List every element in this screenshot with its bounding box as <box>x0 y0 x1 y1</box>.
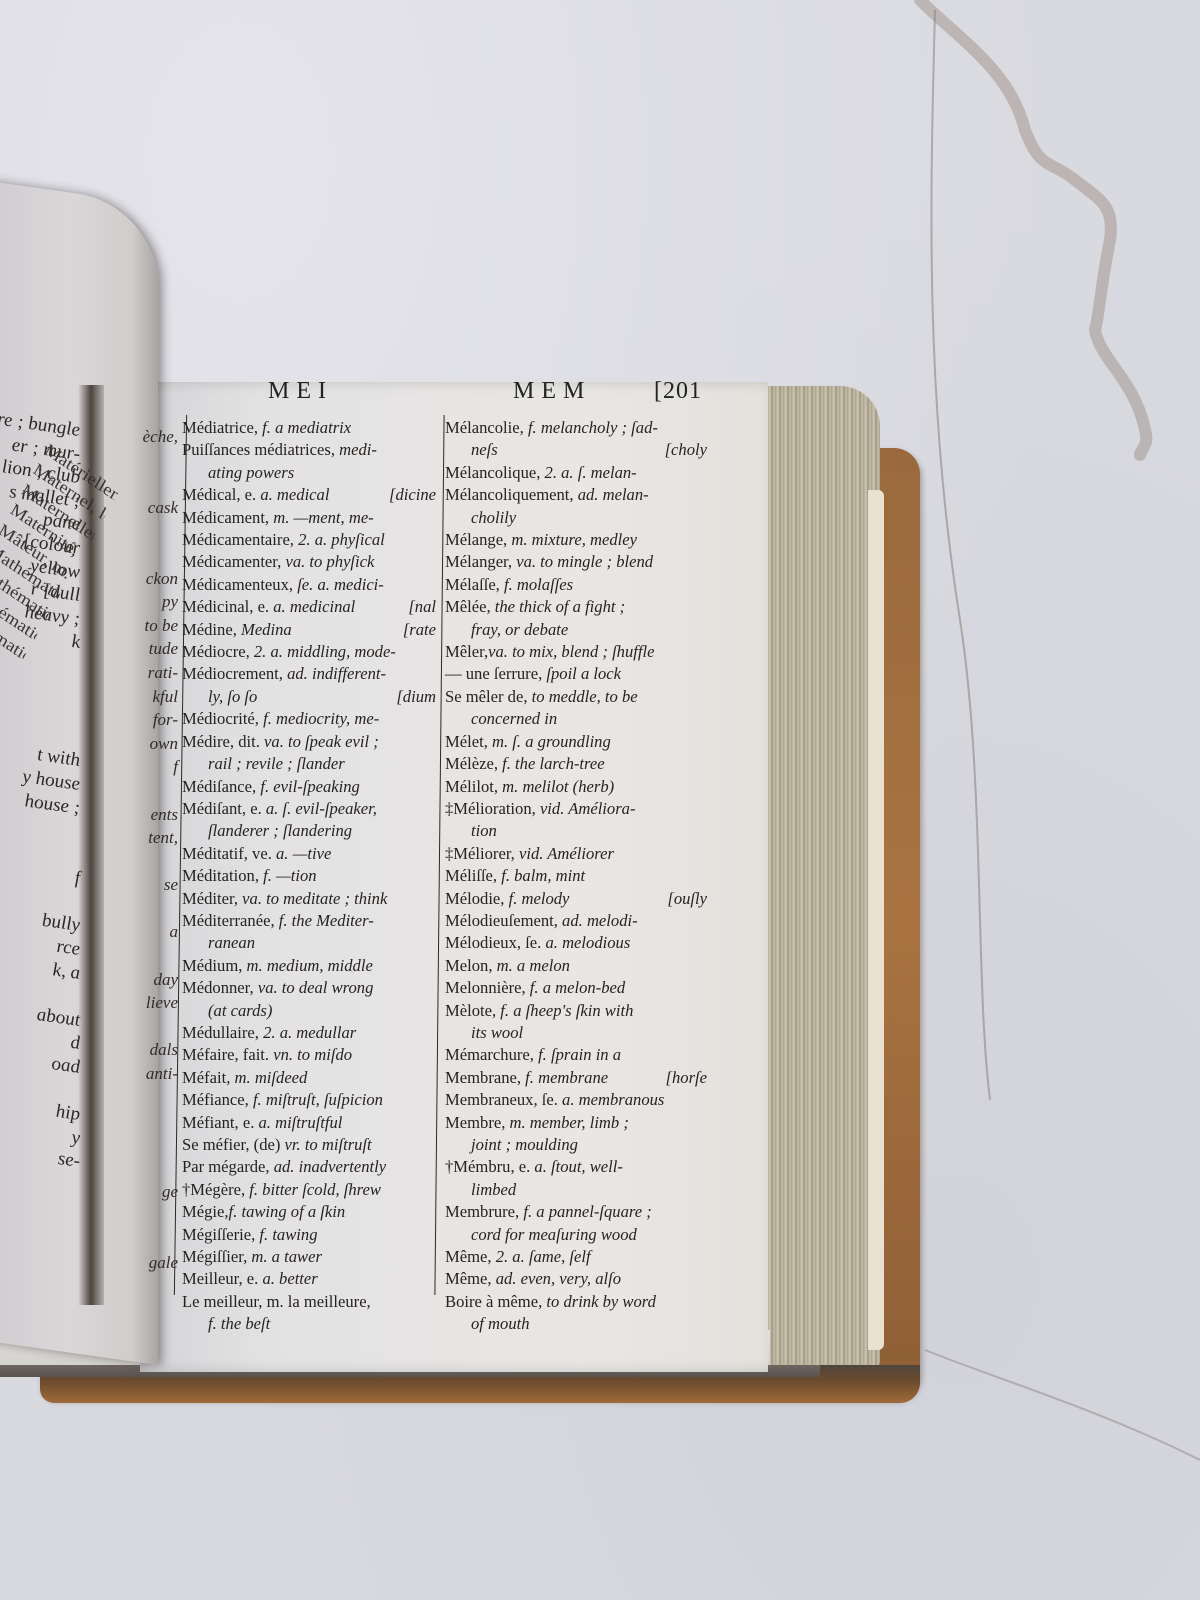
gloss: (at cards) <box>208 1001 272 1020</box>
gutter-fragment: day <box>108 968 178 992</box>
gloss: concerned in <box>471 709 557 728</box>
headword: Puiſſances médiatrices, <box>182 440 335 459</box>
headword: Même, <box>445 1247 492 1266</box>
gloss: f. mediocrity, me- <box>259 709 379 728</box>
headword: Mélange, <box>445 530 507 549</box>
gloss: vn. to miſdo <box>269 1045 352 1064</box>
dictionary-entry: Mélancolique, 2. a. ſ. melan- <box>445 462 707 484</box>
dictionary-entry: Membre, m. member, limb ; <box>445 1112 707 1134</box>
gutter-fragment: cask <box>108 496 178 520</box>
gloss: va. to phyſick <box>281 552 374 571</box>
gutter-fragment <box>108 1227 178 1251</box>
gutter-fragment: own <box>108 732 178 756</box>
dictionary-entry: Méditer, va. to meditate ; think <box>182 888 436 910</box>
gutter-fragment: a <box>108 920 178 944</box>
gloss: f. melody <box>504 889 569 908</box>
dictionary-entry: Médullaire, 2. a. medullar <box>182 1022 436 1044</box>
headword: Mélancolique, <box>445 463 540 482</box>
dictionary-column-left: Médiatrice, f. a mediatrixPuiſſances méd… <box>182 417 436 1336</box>
headword: Se méfier, (de) <box>182 1135 280 1154</box>
gloss: to meddle, to be <box>527 687 637 706</box>
gloss: ad. even, very, alſo <box>492 1269 621 1288</box>
gutter-fragment <box>108 1156 178 1180</box>
gloss: m. a melon <box>492 956 569 975</box>
dictionary-entry: ‡Méliorer, vid. Améliorer <box>445 843 707 865</box>
dictionary-entry: Méliſſe, f. balm, mint <box>445 865 707 887</box>
headword: Par mégarde, <box>182 1157 270 1176</box>
page-number: [201 <box>654 378 702 405</box>
dictionary-entry: Mégiſſerie, f. tawing <box>182 1224 436 1246</box>
headword: Mémarchure, <box>445 1045 534 1064</box>
gloss: m. mixture, medley <box>507 530 637 549</box>
gloss: f. ſprain in a <box>534 1045 621 1064</box>
gloss: tion <box>471 821 497 840</box>
gloss: 2. a. phyſical <box>294 530 385 549</box>
gutter-fragment <box>108 779 178 803</box>
gloss: the thick of a fight ; <box>491 597 626 616</box>
dictionary-entry: Médium, m. medium, middle <box>182 955 436 977</box>
gloss: f. tawing of a ſkin <box>229 1202 346 1221</box>
gutter-fragment: tent, <box>108 826 178 850</box>
dictionary-entry: Mélodieuſement, ad. melodi- <box>445 910 707 932</box>
overflow-bracket: [nal <box>408 596 436 618</box>
dictionary-entry: Melon, m. a melon <box>445 955 707 977</box>
gloss: f. a melon-bed <box>526 978 626 997</box>
dictionary-entry: Méditerranée, f. the Mediter- <box>182 910 436 932</box>
headword: Boire à même, <box>445 1292 542 1311</box>
gloss: a. ſ. evil-ſpeaker, <box>262 799 377 818</box>
entry-continuation: ly, ſo ſo[dium <box>182 686 436 708</box>
headword: Médonner, <box>182 978 254 997</box>
entry-continuation: limbed <box>445 1179 707 1201</box>
page-block-edge <box>760 386 880 1371</box>
running-head-left: MEI <box>268 378 333 405</box>
entry-continuation: cord for meaſuring wood <box>445 1224 707 1246</box>
entry-continuation: f. the beſt <box>182 1313 436 1335</box>
gutter-fragment: kful <box>108 685 178 709</box>
headword: Meilleur, e. <box>182 1269 258 1288</box>
gloss: f. the beſt <box>208 1314 270 1333</box>
dictionary-entry: Même, 2. a. ſame, ſelf <box>445 1246 707 1268</box>
gloss: f. evil-ſpeaking <box>256 777 360 796</box>
gloss: f. balm, mint <box>497 866 585 885</box>
dictionary-entry: Médiſance, f. evil-ſpeaking <box>182 776 436 798</box>
dictionary-entry: ‡Mélioration, vid. Améliora- <box>445 798 707 820</box>
gloss: medi- <box>335 440 377 459</box>
endpaper-edge <box>868 490 884 1350</box>
dictionary-entry: Méditatif, ve. a. —tive <box>182 843 436 865</box>
gloss: limbed <box>471 1180 516 1199</box>
headword: Mégie, <box>182 1202 229 1221</box>
dictionary-entry: Mélanger, va. to mingle ; blend <box>445 551 707 573</box>
headword: Médicamenter, <box>182 552 281 571</box>
gloss: va. to mingle ; blend <box>512 552 653 571</box>
dictionary-entry: Le meilleur, m. la meilleure, <box>182 1291 436 1313</box>
gloss: rail ; revile ; ſlander <box>208 754 345 773</box>
headword: Médicamenteux, <box>182 575 293 594</box>
entry-continuation: tion <box>445 820 707 842</box>
gloss: f. molaſſes <box>500 575 573 594</box>
headword: Se mêler de, <box>445 687 527 706</box>
headword: Membre, <box>445 1113 505 1132</box>
gutter-fragment: f <box>108 755 178 779</box>
headword: Médiſance, <box>182 777 256 796</box>
dictionary-entry: Médicamentaire, 2. a. phyſical <box>182 529 436 551</box>
gloss: ad. melodi- <box>558 911 638 930</box>
gloss: ad. inadvertently <box>270 1157 387 1176</box>
headword: ‡Méliorer, <box>445 844 515 863</box>
gloss: va. to mix, blend ; ſhuffle <box>488 642 654 661</box>
headword: Méliſſe, <box>445 866 497 885</box>
gloss: cholily <box>471 508 516 527</box>
dictionary-entry: †Mémbru, e. a. ſtout, well- <box>445 1156 707 1178</box>
gloss: a. —tive <box>272 844 331 863</box>
dictionary-entry: Médiatrice, f. a mediatrix <box>182 417 436 439</box>
dictionary-entry: Par mégarde, ad. inadvertently <box>182 1156 436 1178</box>
gloss: a. medical <box>256 485 329 504</box>
dictionary-entry: Puiſſances médiatrices, medi- <box>182 439 436 461</box>
dictionary-entry: Méfait, m. miſdeed <box>182 1067 436 1089</box>
dictionary-entry: Médiſant, e. a. ſ. evil-ſpeaker, <box>182 798 436 820</box>
headword: †Mégère, <box>182 1180 245 1199</box>
headword: Médiſant, e. <box>182 799 262 818</box>
dictionary-entry: Médine, Medina[rate <box>182 619 436 641</box>
dictionary-entry: Mélancoliquement, ad. melan- <box>445 484 707 506</box>
entry-continuation: ranean <box>182 932 436 954</box>
headword: Membrane, <box>445 1068 521 1087</box>
gutter-fragment: èche, <box>108 425 178 449</box>
gloss: f. a mediatrix <box>258 418 351 437</box>
dictionary-entry: Méfiant, e. a. miſtruſtful <box>182 1112 436 1134</box>
dictionary-entry: Mégie,f. tawing of a ſkin <box>182 1201 436 1223</box>
gloss: neſs <box>471 440 498 459</box>
dictionary-entry: Mêler,va. to mix, blend ; ſhuffle <box>445 641 707 663</box>
headword: Mélanger, <box>445 552 512 571</box>
gloss: a. miſtruſtful <box>254 1113 342 1132</box>
headword: Méditation, <box>182 866 259 885</box>
entry-continuation: ſlanderer ; ſlandering <box>182 820 436 842</box>
gutter-fragment: ckon <box>108 567 178 591</box>
dictionary-entry: Médicament, m. —ment, me- <box>182 507 436 529</box>
dictionary-entry: Médiocre, 2. a. middling, mode- <box>182 641 436 663</box>
dictionary-entry: Méfaire, fait. vn. to miſdo <box>182 1044 436 1066</box>
gloss: ſe. a. medici- <box>293 575 384 594</box>
gutter-fragment <box>108 472 178 496</box>
headword: Mêler, <box>445 642 488 661</box>
entry-continuation: its wool <box>445 1022 707 1044</box>
gloss: a. melodious <box>541 933 630 952</box>
gloss: ad. indifferent- <box>283 664 386 683</box>
entry-continuation: concerned in <box>445 708 707 730</box>
headword: Mégiſſier, <box>182 1247 247 1266</box>
gutter-fragment <box>108 944 178 968</box>
gloss: a. better <box>258 1269 317 1288</box>
gutter-fragment: dals <box>108 1038 178 1062</box>
headword: Mélodieux, ſe. <box>445 933 541 952</box>
headword: Méfiant, e. <box>182 1113 254 1132</box>
dictionary-entry: Méditation, f. —tion <box>182 865 436 887</box>
overflow-bracket: [ouſly <box>667 888 707 910</box>
dictionary-entry: Médical, e. a. medical[dicine <box>182 484 436 506</box>
headword: Médire, dit. <box>182 732 260 751</box>
overflow-bracket: [horſe <box>666 1067 707 1089</box>
gutter-fragment <box>108 449 178 473</box>
gloss: joint ; moulding <box>471 1135 578 1154</box>
dictionary-entry: Méfiance, f. miſtruſt, ſuſpicion <box>182 1089 436 1111</box>
gutter-shadow <box>78 385 104 1305</box>
headword: Méditerranée, <box>182 911 275 930</box>
dictionary-entry: Mégiſſier, m. a tawer <box>182 1246 436 1268</box>
headword: Mélèze, <box>445 754 498 773</box>
gutter-fragment <box>108 519 178 543</box>
gutter-fragment <box>108 1086 178 1110</box>
headword: Mélet, <box>445 732 488 751</box>
gloss: m. a tawer <box>247 1247 322 1266</box>
gloss: m. medium, middle <box>242 956 372 975</box>
gloss: ſpoil a lock <box>542 664 621 683</box>
gloss: 2. a. middling, mode- <box>250 642 396 661</box>
gloss: 2. a. ſ. melan- <box>540 463 636 482</box>
dictionary-entry: Médire, dit. va. to ſpeak evil ; <box>182 731 436 753</box>
dictionary-entry: Membraneux, ſe. a. membranous <box>445 1089 707 1111</box>
gloss: ating powers <box>208 463 294 482</box>
gloss: m. ſ. a groundling <box>488 732 611 751</box>
entry-continuation: rail ; revile ; ſlander <box>182 753 436 775</box>
gloss: va. to ſpeak evil ; <box>260 732 379 751</box>
gloss: f. the larch-tree <box>498 754 605 773</box>
headword: Membraneux, ſe. <box>445 1090 558 1109</box>
headword: Mégiſſerie, <box>182 1225 255 1244</box>
gutter-text-fragments: èche,caskckonpyto betuderati-kfulfor-own… <box>108 425 178 1274</box>
headword: Mélodieuſement, <box>445 911 558 930</box>
gloss: va. to meditate ; think <box>238 889 387 908</box>
gloss: 2. a. medullar <box>259 1023 356 1042</box>
entry-continuation: fray, or debate <box>445 619 707 641</box>
headword: Mélilot, <box>445 777 498 796</box>
gloss: Medina <box>237 620 292 639</box>
gutter-fragment <box>108 850 178 874</box>
overflow-bracket: [dicine <box>389 484 436 506</box>
headword: Mélancolie, <box>445 418 524 437</box>
gutter-fragment <box>108 1204 178 1228</box>
gloss: a. membranous <box>558 1090 664 1109</box>
headword: Médicamentaire, <box>182 530 294 549</box>
dictionary-entry: Mélet, m. ſ. a groundling <box>445 731 707 753</box>
headword: †Mémbru, e. <box>445 1157 530 1176</box>
gloss: ly, ſo ſo <box>208 687 257 706</box>
gloss: f. —tion <box>259 866 317 885</box>
dictionary-column-right: Mélancolie, f. melancholy ; ſad-neſs[cho… <box>445 417 707 1336</box>
headword: Mêlée, <box>445 597 491 616</box>
overflow-bracket: [choly <box>665 439 707 461</box>
dictionary-entry: Melonnière, f. a melon-bed <box>445 977 707 999</box>
entry-continuation: (at cards) <box>182 1000 436 1022</box>
dictionary-entry: Médiocrité, f. mediocrity, me- <box>182 708 436 730</box>
gutter-fragment: py <box>108 590 178 614</box>
gloss: m. —ment, me- <box>269 508 374 527</box>
dictionary-entry: Meilleur, e. a. better <box>182 1268 436 1290</box>
entry-continuation: joint ; moulding <box>445 1134 707 1156</box>
headword: Melonnière, <box>445 978 526 997</box>
dictionary-entry: — une ſerrure, ſpoil a lock <box>445 663 707 685</box>
gloss: 2. a. ſame, ſelf <box>492 1247 591 1266</box>
dictionary-entry: Médicinal, e. a. medicinal[nal <box>182 596 436 618</box>
gutter-fragment <box>108 1015 178 1039</box>
dictionary-entry: Mêlée, the thick of a fight ; <box>445 596 707 618</box>
gutter-fragment: se <box>108 873 178 897</box>
gloss: f. a ſheep's ſkin with <box>496 1001 633 1020</box>
gutter-fragment: for- <box>108 708 178 732</box>
gloss: m. member, limb ; <box>505 1113 629 1132</box>
entry-continuation: ating powers <box>182 462 436 484</box>
headword: Le meilleur, m. la meilleure, <box>182 1292 371 1311</box>
headword: Même, <box>445 1269 492 1288</box>
dictionary-entry: †Mégère, f. bitter ſcold, ſhrew <box>182 1179 436 1201</box>
dictionary-entry: Médicamenter, va. to phyſick <box>182 551 436 573</box>
headword: Médium, <box>182 956 242 975</box>
headword: Mélancoliquement, <box>445 485 574 504</box>
entry-continuation: neſs[choly <box>445 439 707 461</box>
headword: Médullaire, <box>182 1023 259 1042</box>
headword: Médiocrement, <box>182 664 283 683</box>
gloss: vid. Améliora- <box>536 799 636 818</box>
overflow-bracket: [rate <box>403 619 436 641</box>
gloss: m. miſdeed <box>230 1068 307 1087</box>
headword: Médiocre, <box>182 642 250 661</box>
gloss: f. a pannel-ſquare ; <box>519 1202 652 1221</box>
gutter-fragment: to be <box>108 614 178 638</box>
dictionary-entry: Médonner, va. to deal wrong <box>182 977 436 999</box>
gloss: cord for meaſuring wood <box>471 1225 637 1244</box>
headword: Méditatif, ve. <box>182 844 272 863</box>
headword: Méditer, <box>182 889 238 908</box>
headword: Médicament, <box>182 508 269 527</box>
headword: Mèlote, <box>445 1001 496 1020</box>
gloss: a. medicinal <box>269 597 355 616</box>
gloss: fray, or debate <box>471 620 568 639</box>
headword: Médical, e. <box>182 485 256 504</box>
overflow-bracket: [dium <box>396 686 436 708</box>
gutter-fragment: tude <box>108 637 178 661</box>
dictionary-entry: Se méfier, (de) vr. to miſtruſt <box>182 1134 436 1156</box>
headword: Melon, <box>445 956 492 975</box>
gloss: to drink by word <box>542 1292 656 1311</box>
headword: Méfaire, fait. <box>182 1045 269 1064</box>
gloss: of mouth <box>471 1314 530 1333</box>
gloss: va. to deal wrong <box>254 978 374 997</box>
gutter-fragment: ge <box>108 1180 178 1204</box>
gloss: vr. to miſtruſt <box>280 1135 371 1154</box>
dictionary-entry: Mélodieux, ſe. a. melodious <box>445 932 707 954</box>
dictionary-entry: Médicamenteux, ſe. a. medici- <box>182 574 436 596</box>
gloss: f. melancholy ; ſad- <box>524 418 658 437</box>
gutter-fragment <box>108 897 178 921</box>
gloss: its wool <box>471 1023 523 1042</box>
dictionary-entry: Mémarchure, f. ſprain in a <box>445 1044 707 1066</box>
entry-continuation: cholily <box>445 507 707 529</box>
gloss: ſlanderer ; ſlandering <box>208 821 352 840</box>
dictionary-entry: Mèlote, f. a ſheep's ſkin with <box>445 1000 707 1022</box>
headword: Méfait, <box>182 1068 230 1087</box>
dictionary-entry: Membrure, f. a pannel-ſquare ; <box>445 1201 707 1223</box>
dictionary-entry: Mélancolie, f. melancholy ; ſad- <box>445 417 707 439</box>
headword: — une ſerrure, <box>445 664 542 683</box>
gloss: f. miſtruſt, ſuſpicion <box>249 1090 383 1109</box>
gloss: a. ſtout, well- <box>530 1157 623 1176</box>
dictionary-entry: Mélaſſe, f. molaſſes <box>445 574 707 596</box>
headword: Médiocrité, <box>182 709 259 728</box>
dictionary-entry: Se mêler de, to meddle, to be <box>445 686 707 708</box>
dictionary-entry: Mélodie, f. melody[ouſly <box>445 888 707 910</box>
dictionary-entry: Mélilot, m. melilot (herb) <box>445 776 707 798</box>
headword: Médicinal, e. <box>182 597 269 616</box>
entry-continuation: of mouth <box>445 1313 707 1335</box>
gloss: ranean <box>208 933 255 952</box>
headword: Membrure, <box>445 1202 519 1221</box>
gloss: f. membrane <box>521 1068 608 1087</box>
headword: Mélaſſe, <box>445 575 500 594</box>
dictionary-entry: Même, ad. even, very, alſo <box>445 1268 707 1290</box>
gloss: m. melilot (herb) <box>498 777 614 796</box>
gutter-fragment <box>108 1109 178 1133</box>
gutter-fragment: rati- <box>108 661 178 685</box>
dictionary-entry: Boire à même, to drink by word <box>445 1291 707 1313</box>
gloss: f. the Mediter- <box>275 911 374 930</box>
gutter-fragment: lieve <box>108 991 178 1015</box>
running-head-right: MEM <box>513 378 591 405</box>
headword: Médiatrice, <box>182 418 258 437</box>
headword: Méfiance, <box>182 1090 249 1109</box>
headword: ‡Mélioration, <box>445 799 536 818</box>
gloss: vid. Améliorer <box>515 844 614 863</box>
dictionary-entry: Mélèze, f. the larch-tree <box>445 753 707 775</box>
gutter-fragment: anti- <box>108 1062 178 1086</box>
gutter-fragment <box>108 1133 178 1157</box>
gutter-fragment: ents <box>108 803 178 827</box>
headword: Médine, <box>182 620 237 639</box>
gloss: f. tawing <box>255 1225 317 1244</box>
gloss: ad. melan- <box>574 485 649 504</box>
gloss: f. bitter ſcold, ſhrew <box>245 1180 381 1199</box>
dictionary-entry: Membrane, f. membrane[horſe <box>445 1067 707 1089</box>
dictionary-entry: Mélange, m. mixture, medley <box>445 529 707 551</box>
headword: Mélodie, <box>445 889 504 908</box>
gutter-fragment: gale <box>108 1251 178 1275</box>
dictionary-entry: Médiocrement, ad. indifferent- <box>182 663 436 685</box>
gutter-fragment <box>108 543 178 567</box>
